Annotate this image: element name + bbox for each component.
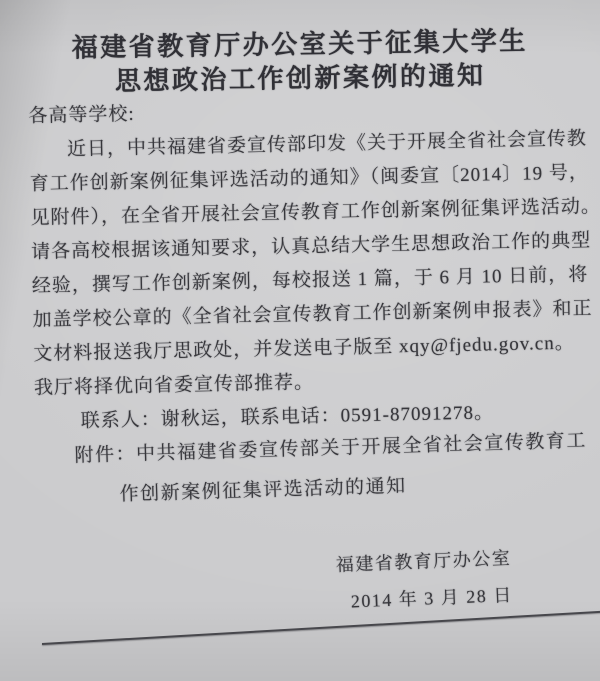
- attachment-note: 附件：中共福建省委宣传部关于开展全省社会宣传教育工 作创新案例征集评选活动的通知: [28, 422, 586, 518]
- document-title: 福建省教育厅办公室关于征集大学生 思想政治工作创新案例的通知: [0, 22, 600, 99]
- document-body: 各高等学校: 近日，中共福建省委宣传部印发《关于开展全省社会宣传教 育工作创新案…: [28, 88, 591, 440]
- signature-block: 福建省教育厅办公室 2014 年 3 月 28 日: [335, 540, 513, 621]
- bottom-rule-divider: [42, 611, 600, 645]
- paper-photo: 福建省教育厅办公室关于征集大学生 思想政治工作创新案例的通知 各高等学校: 近日…: [0, 0, 600, 681]
- issue-date: 2014 年 3 月 28 日: [336, 577, 513, 621]
